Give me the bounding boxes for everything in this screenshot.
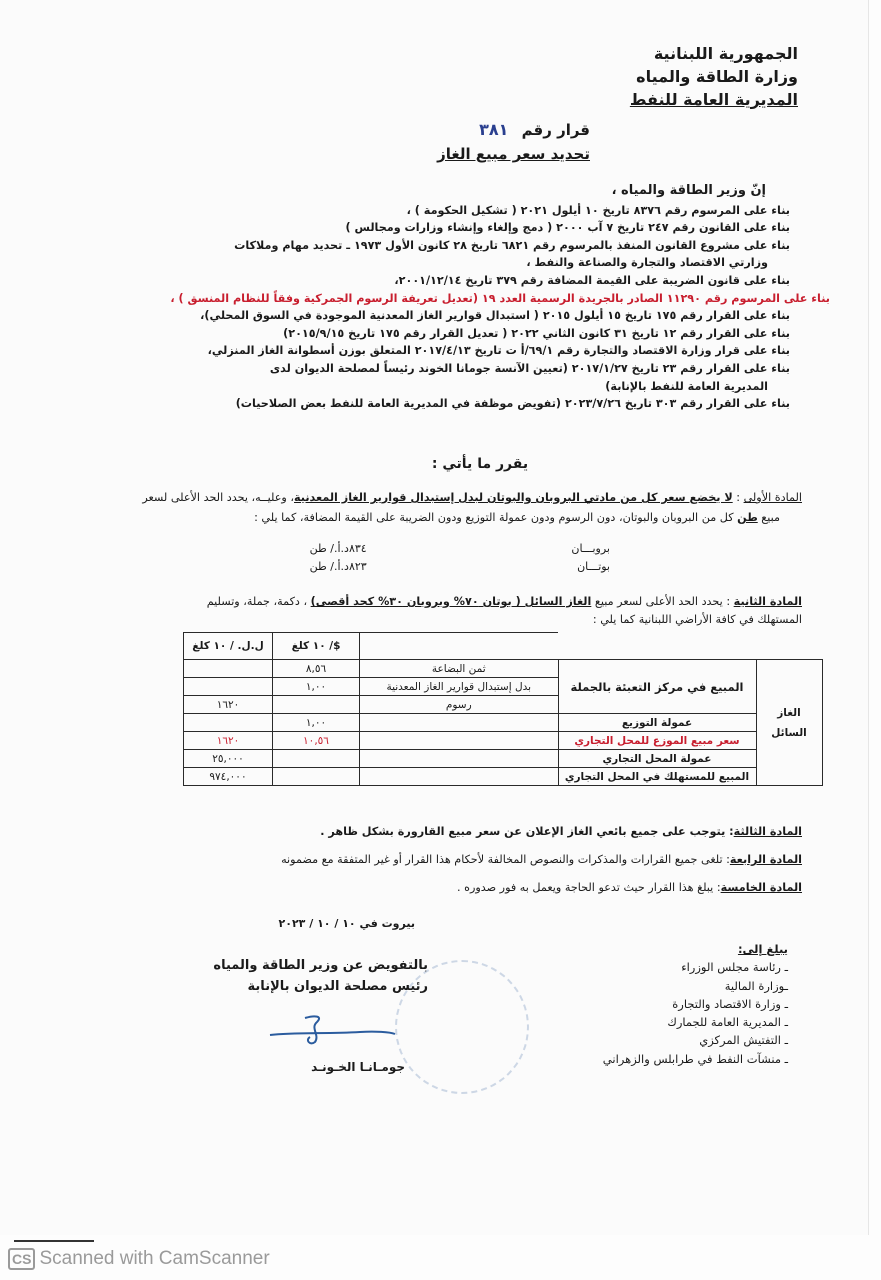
article-2-label: المادة الثانية [734, 595, 802, 608]
signature-line1: بالتفويض عن وزير الطاقة والمياه [198, 955, 428, 976]
table-row: عمولة المحل التجاري ٢٥,٠٠٠ [184, 750, 823, 768]
article-1-label: المادة الأولى [744, 491, 802, 504]
issue-date: بيروت في ١٠ / ١٠ / ٢٠٢٣ [255, 917, 415, 930]
distribution-item: ـ رئاسة مجلس الوزراء [588, 958, 788, 976]
cell-lbp: ٢٥,٠٠٠ [184, 750, 273, 768]
table-row: عمولة التوزيع ١,٠٠ [184, 714, 823, 732]
preamble-intro: إنّ وزير الطاقة والمياه ، [170, 182, 766, 200]
article-3-label: المادة الثالثة [734, 825, 802, 838]
document-page: الجمهورية اللبنانية وزارة الطاقة والمياه… [0, 0, 869, 1235]
letterhead: الجمهورية اللبنانية وزارة الطاقة والمياه… [630, 42, 798, 111]
article-2-text: المستهلك في كافة الأراضي اللبنانية كما ي… [182, 611, 802, 629]
cell-usd: ١,٠٠ [273, 678, 360, 696]
signatory-name: جومـانـا الخـونـد [255, 1060, 405, 1074]
cell-lbp: ٩٧٤,٠٠٠ [184, 768, 273, 786]
distribution-item: ـ التفتيش المركزي [588, 1031, 788, 1049]
preamble-item: بناء على مشروع القانون المنفذ بالمرسوم ر… [170, 237, 790, 255]
preamble-item: بناء على القرار رقم ٣٠٣ تاريخ ٢٠٢٣/٧/٢٦ … [170, 395, 790, 413]
cell-lbp: ١٦٢٠ [184, 732, 273, 750]
cell-lbp [184, 660, 273, 678]
cell-lbp [184, 678, 273, 696]
country-name: الجمهورية اللبنانية [630, 42, 798, 65]
article-2: المادة الثانية : يحدد الحد الأعلى لسعر م… [182, 593, 802, 629]
distribution-label: يبلغ إلى: [588, 940, 788, 958]
article-5: المادة الخامسة: يبلغ هذا القرار حيث تدعو… [162, 874, 802, 902]
article-3: المادة الثالثة: يتوجب على جميع بائعي الغ… [162, 818, 802, 846]
header-lbp: ل.ل. / ١٠ كلغ [184, 633, 273, 660]
scanner-watermark: CS Scanned with CamScanner [8, 1248, 270, 1270]
ton-word: طن [737, 511, 758, 524]
article-1-underlined: لا يخضع سعر كل من مادتي البروبان والبوتا… [294, 491, 733, 504]
cell-usd: ١٠,٥٦ [273, 732, 360, 750]
directorate-text: المديرية العامة للنفط [630, 90, 798, 109]
distribution-item: ـ منشآت النفط في طرابلس والزهراني [588, 1050, 788, 1068]
price-list: بروبـــان ٨٣٤ د.أ./ طن بوتـــان ٨٢٣ د.أ.… [290, 540, 610, 576]
product-name: بوتـــان [484, 558, 610, 576]
signature-block: بالتفويض عن وزير الطاقة والمياه رئيس مصل… [198, 955, 428, 997]
preamble: إنّ وزير الطاقة والمياه ، بناء على المرس… [170, 182, 790, 413]
decision-number: ٣٨١ [479, 120, 508, 139]
table-row: الغاز السائل المبيع في مركز التعبئة بالج… [184, 660, 823, 678]
decision-label: قرار رقم [522, 121, 590, 139]
product-name: بروبـــان [484, 540, 610, 558]
distribution-item: ـ المديرية العامة للجمارك [588, 1013, 788, 1031]
camscanner-logo-icon: CS [8, 1248, 35, 1270]
cell-usd: ١,٠٠ [273, 714, 360, 732]
preamble-item: بناء على المرسوم رقم ٨٣٧٦ تاريخ ١٠ أيلول… [170, 202, 790, 220]
decides-heading: يقرر ما يأتي : [380, 456, 580, 472]
cell-item: عمولة المحل التجاري [558, 750, 756, 768]
handwritten-signature-icon [265, 1010, 405, 1050]
price-unit: د.أ./ طن [290, 558, 349, 576]
cell-item: رسوم [360, 696, 559, 714]
article-4: المادة الرابعة: تلغى جميع القرارات والمذ… [162, 846, 802, 874]
cell-usd [273, 750, 360, 768]
watermark-text: Scanned with CamScanner [39, 1248, 269, 1270]
product-price: ٨٢٣ [349, 558, 425, 576]
price-row-butane: بوتـــان ٨٢٣ د.أ./ طن [290, 558, 610, 576]
price-unit: د.أ./ طن [290, 540, 349, 558]
article-5-text: : يبلغ هذا القرار حيث تدعو الحاجة ويعمل … [457, 881, 721, 894]
article-1-text: مبيع [761, 511, 780, 524]
decision-heading: قرار رقم ٣٨١ تحديد سعر مبيع الغاز [430, 118, 590, 166]
cell-item: سعر مبيع الموزع للمحل التجاري [558, 732, 756, 750]
table-row-highlighted: سعر مبيع الموزع للمحل التجاري ١٠,٥٦ ١٦٢٠ [184, 732, 823, 750]
cell-item: عمولة التوزيع [558, 714, 756, 732]
article-4-text: : تلغى جميع القرارات والمذكرات والنصوص ا… [281, 853, 730, 866]
preamble-item: بناء على قرار وزارة الاقتصاد والتجارة رق… [170, 342, 790, 360]
gas-group-label: الغاز السائل [756, 660, 822, 786]
distribution-item: ـ وزارة الاقتصاد والتجارة [588, 995, 788, 1013]
table-header-row: $/ ١٠ كلغ ل.ل. / ١٠ كلغ [184, 633, 823, 660]
distribution-list: يبلغ إلى: ـ رئاسة مجلس الوزراء ـوزارة ال… [588, 940, 788, 1068]
article-2-underlined: الغاز السائل ( بوتان ٧٠% وبروبان ٣٠% كحد… [311, 595, 592, 608]
cell-usd: ٨,٥٦ [273, 660, 360, 678]
distribution-item: ـوزارة المالية [588, 977, 788, 995]
cell-item: المبيع للمستهلك في المحل التجاري [558, 768, 756, 786]
article-5-label: المادة الخامسة [721, 881, 802, 894]
preamble-item: بناء على قانون الضريبة على القيمة المضاف… [170, 272, 790, 290]
ministry-name: وزارة الطاقة والمياه [630, 65, 798, 88]
cell-lbp: ١٦٢٠ [184, 696, 273, 714]
article-1-text: ، وعليــه، يحدد الحد الأعلى لسعر [142, 491, 294, 504]
decision-subject: تحديد سعر مبيع الغاز [430, 142, 590, 166]
signature-line2: رئيس مصلحة الديوان بالإنابة [198, 976, 428, 997]
preamble-item: المديرية العامة للنفط بالإنابة) [170, 378, 768, 396]
decision-number-line: قرار رقم ٣٨١ [430, 118, 590, 142]
article-2-text: : يحدد الحد الأعلى لسعر مبيع [595, 595, 730, 608]
cell-lbp [184, 714, 273, 732]
article-1-line2: مبيع طن كل من البروبان والبوتان، دون الر… [112, 508, 780, 528]
cell-item: بدل إستبدال قوارير الغاز المعدنية [360, 678, 559, 696]
cell-usd [273, 768, 360, 786]
article-1: المادة الأولى : لا يخضع سعر كل من مادتي … [112, 488, 802, 528]
directorate-name: المديرية العامة للنفط [630, 88, 798, 111]
article-1-line1: المادة الأولى : لا يخضع سعر كل من مادتي … [112, 488, 802, 508]
cell-usd [273, 696, 360, 714]
wholesale-label: المبيع في مركز التعبئة بالجملة [558, 660, 756, 714]
preamble-item: بناء على القانون رقم ٢٤٧ تاريخ ٧ آب ٢٠٠٠… [170, 219, 790, 237]
preamble-item: بناء على القرار رقم ١٢ تاريخ ٣١ كانون ال… [170, 325, 790, 343]
article-4-label: المادة الرابعة [730, 853, 802, 866]
preamble-item: بناء على القرار رقم ٢٣ تاريخ ٢٠١٧/١/٢٧ (… [170, 360, 790, 378]
price-row-propane: بروبـــان ٨٣٤ د.أ./ طن [290, 540, 610, 558]
article-2-text: ، دكمة، جملة، وتسليم [207, 595, 307, 608]
cell-item: ثمن البضاعة [360, 660, 559, 678]
table-row: المبيع للمستهلك في المحل التجاري ٩٧٤,٠٠٠ [184, 768, 823, 786]
article-3-text: : يتوجب على جميع بائعي الغاز الإعلان عن … [320, 825, 733, 838]
articles-3-5: المادة الثالثة: يتوجب على جميع بائعي الغ… [162, 818, 802, 902]
preamble-item: بناء على القرار رقم ١٧٥ تاريخ ١٥ أيلول ٢… [170, 307, 790, 325]
preamble-item: وزارتي الاقتصاد والتجارة والصناعة والنفط… [170, 254, 768, 272]
preamble-item-highlighted: بناء على المرسوم رقم ١١٢٩٠ الصادر بالجري… [170, 290, 830, 308]
article-1-text: كل من البروبان والبوتان، دون الرسوم ودون… [254, 511, 733, 524]
gas-price-table: $/ ١٠ كلغ ل.ل. / ١٠ كلغ الغاز السائل الم… [183, 632, 823, 786]
header-usd: $/ ١٠ كلغ [273, 633, 360, 660]
article-2-line1: المادة الثانية : يحدد الحد الأعلى لسعر م… [182, 593, 802, 611]
product-price: ٨٣٤ [349, 540, 425, 558]
divider [14, 1240, 94, 1242]
